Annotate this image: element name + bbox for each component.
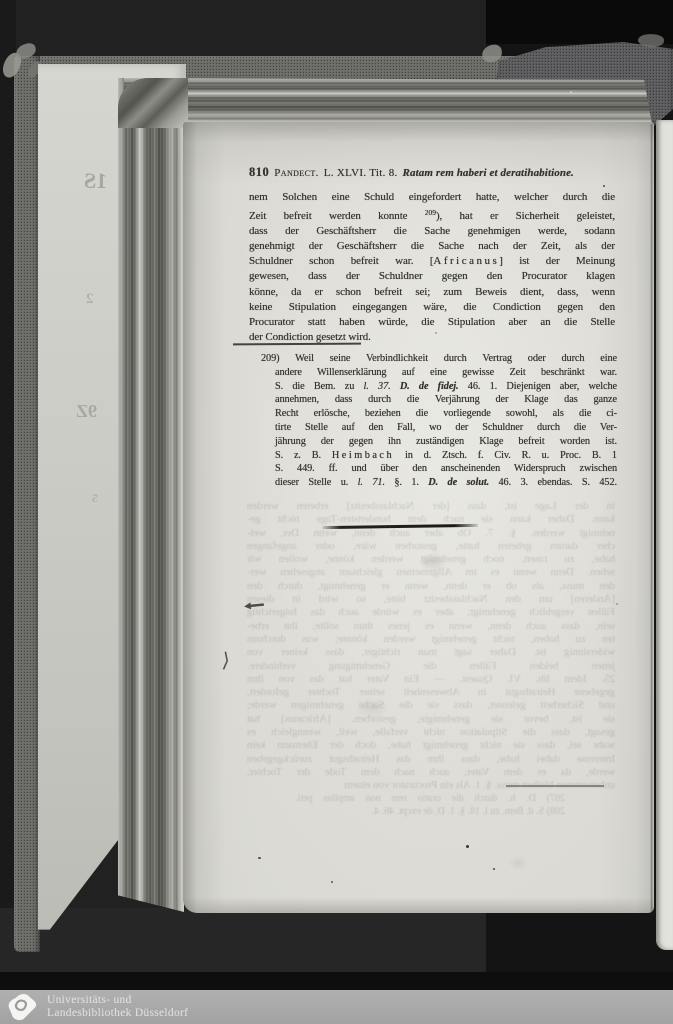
dust-speck [258, 857, 261, 859]
ghost-mark: 1S [84, 170, 107, 192]
next-page-edge [656, 120, 673, 950]
text-line: jährung der gegen ihn zuständigen Klage … [275, 435, 617, 449]
text-line: ten zu haben, nicht genehmigt werden kön… [247, 633, 615, 646]
text-line: [Anderen] um den Nachlassbesitz bitte, s… [247, 593, 615, 606]
dust-speck [616, 603, 618, 605]
dust-speck [570, 91, 572, 93]
body-paragraph: nem Solchen eine Schuld eingefordert hat… [249, 190, 615, 345]
header-citation: L. XLVI. Tit. 8. [324, 167, 398, 179]
page-edge-stack-corner [118, 78, 188, 128]
text-line: annehmen, dass durch die Verjährung der … [275, 393, 617, 407]
dust-speck [493, 868, 495, 870]
text-line: gewesen, dass der Schuldner gegen den Pr… [249, 269, 615, 284]
text-line: in der Lage ist, dass [der Nachlassbesit… [247, 500, 615, 513]
background-prefooter-band [0, 972, 673, 990]
page-header: 810 Pandect. L. XLVI. Tit. 8. Ratam rem … [249, 165, 619, 180]
text-line: jenen beiden Fällen die Genehmigung verh… [247, 660, 615, 673]
library-name-line2: Landesbibliothek Düsseldorf [47, 1007, 188, 1021]
bleedthrough-text: in der Lage ist, dass [der Nachlassbesit… [247, 500, 615, 793]
text-line: S. die Bem. zu l. 37. D. de fidej. 46. 1… [275, 380, 617, 394]
page-edge-stack-left [118, 78, 184, 912]
footnote-209: 209) Weil seine Verbindlichkeit durch Ve… [275, 352, 617, 490]
text-line: S. 449. ff. und über den anscheinenden W… [275, 462, 617, 476]
text-line: 25. Idem lib. VI. Quaest. — Ein Vater ha… [247, 673, 615, 686]
ghost-mark: 5 [92, 492, 98, 504]
text-line: sein, dass auch denn, wenn es jenes thun… [247, 620, 615, 633]
library-footer-bar: Universitäts- und Landesbibliothek Düsse… [0, 990, 673, 1024]
text-line: Fällen vergeblich genehmigt; aber es wür… [247, 606, 615, 619]
text-line: sie ist, bevor sie genehmigte, gestorben… [247, 713, 615, 726]
text-line: werde, da es dem Vater, auch nach dem To… [247, 766, 615, 779]
text-line: andere Willenserklärung auf eine gewisse… [275, 366, 617, 380]
bleedthrough-footnote-rule [506, 785, 604, 787]
ghost-mark: 9Z [76, 402, 97, 420]
paper-smudge [355, 697, 389, 719]
text-line: dass der Geschäftsherr die Sache genehmi… [249, 224, 615, 239]
text-line: tirte Stelle auf den Fall, wo der Schuld… [275, 421, 617, 435]
ulb-duesseldorf-logo-icon [7, 993, 38, 1022]
dust-speck [603, 185, 605, 187]
dust-speck [435, 332, 437, 334]
text-line: wahr sei, dass sie nicht genehmigt habe,… [247, 739, 615, 752]
dust-speck [331, 881, 333, 883]
paper-smudge [508, 856, 528, 870]
text-line: gesagt, dass die Stipulation nicht verfa… [247, 726, 615, 739]
library-name-line1: Universitäts- und [47, 994, 188, 1008]
dust-speck [466, 845, 469, 848]
text-line: gegebene Heirathsgut in Abwesenheit sein… [247, 686, 615, 699]
paper-smudge [418, 552, 448, 572]
page-edge-stack-top [124, 78, 652, 124]
text-line: Procurator statt haben würde, die Stipul… [249, 315, 615, 330]
page-gutter-shadow [650, 124, 653, 912]
page-number: 810 [249, 165, 269, 180]
text-line: 208) S. d. Bem. zu l. 18. §. 1. D. de ex… [295, 805, 565, 818]
text-line: könne, da er schon befreit sei; zum Bewe… [249, 285, 615, 300]
text-line: genehmigt der Geschäftsherr die Sache na… [249, 239, 615, 254]
text-line: Recht erlösche, beziehen die vorliegende… [275, 407, 617, 421]
book-scan-viewer: 1S 2 9Z 5 810 Pandect. L. XLVI. Tit. 8. … [0, 0, 673, 1024]
library-name: Universitäts- und Landesbibliothek Düsse… [47, 994, 188, 1021]
text-line: Zeit befreit werden konnte 209), hat er … [249, 205, 615, 224]
text-line: nem Solchen eine Schuld eingefordert hat… [249, 190, 615, 205]
text-line: S. z. B. Heimbach in d. Ztsch. f. Civ. R… [275, 449, 617, 463]
text-line: 209) Weil seine Verbindlichkeit durch Ve… [261, 352, 617, 366]
text-line: 207) D. h. durch die oratio rem non ampl… [295, 792, 565, 805]
text-line: nehmigt werden. §. 7. Ob aber auch denn,… [247, 527, 615, 540]
text-line: den muss, als ob er denn, wenn er genehm… [247, 580, 615, 593]
book-cover-left-edge [14, 56, 40, 952]
text-line: dieser Stelle u. l. 71. §. 1. D. de solu… [275, 476, 617, 490]
text-line: Schuldner schon befreit war. [Africanus]… [249, 254, 615, 269]
text-line: und Sicherheit geleistet, dass sie die S… [247, 699, 615, 712]
scanned-page: 810 Pandect. L. XLVI. Tit. 8. Ratam rem … [183, 122, 654, 913]
header-series: Pandect. [274, 167, 319, 179]
header-title: Ratam rem haberi et deratihabitione. [403, 167, 574, 179]
bleedthrough-footnote: 207) D. h. durch die oratio rem non ampl… [295, 792, 565, 818]
text-line: keine Stipulation eingegangen wäre, die … [249, 300, 615, 315]
ghost-mark: 2 [86, 292, 94, 307]
text-line: Interesse dabei habe, dass ihm das Heira… [247, 753, 615, 766]
text-line: widersinnig ist. Daher sagt man richtige… [247, 646, 615, 659]
